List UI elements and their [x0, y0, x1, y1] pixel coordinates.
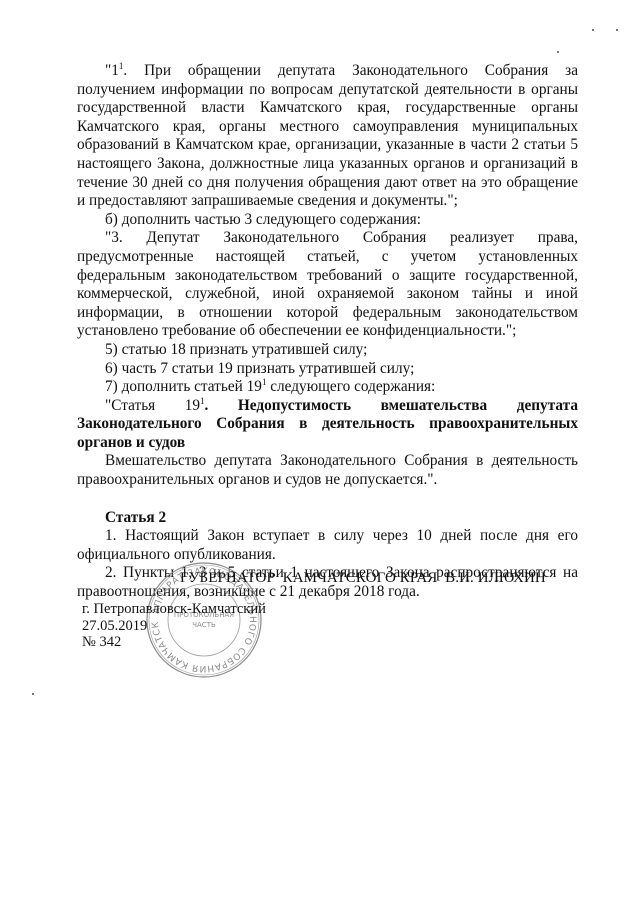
- article-2-item-1: 1. Настоящий Закон вступает в силу через…: [77, 527, 578, 564]
- paragraph-prefix: "Статья 19: [105, 397, 200, 414]
- article-19-1-body: Вмешательство депутата Законодательного …: [77, 452, 578, 489]
- scan-artifact: [616, 29, 618, 31]
- paragraph-text: следующего содержания:: [266, 378, 435, 395]
- scan-artifact: [32, 693, 34, 695]
- governor-signature: ГУБЕРНАТОР КАМЧАТСКОГО КРАЯ В.И. ИЛЮХИН: [180, 570, 546, 587]
- paragraph-item-5: 5) статью 18 признать утратившей силу;: [77, 341, 578, 360]
- paragraph-prefix: 7) дополнить статьей 19: [105, 378, 262, 395]
- article-2-heading: Статья 2: [77, 509, 578, 528]
- paragraph-b: б) дополнить частью 3 следующего содержа…: [77, 211, 578, 230]
- scan-artifact: [592, 29, 594, 31]
- paragraph-part-3: "3. Депутат Законодательного Собрания ре…: [77, 229, 578, 341]
- document-body: "11. При обращении депутата Законодатель…: [77, 62, 578, 602]
- paragraph-1-1: "11. При обращении депутата Законодатель…: [77, 62, 578, 211]
- article-19-1-title: "Статья 191. Недопустимость вмешательств…: [77, 397, 578, 453]
- paragraph-prefix: "1: [105, 62, 119, 79]
- scan-artifact: [557, 51, 559, 53]
- document-number: № 342: [82, 634, 266, 651]
- paragraph-item-7: 7) дополнить статьей 191 следующего соде…: [77, 378, 578, 397]
- date: 27.05.2019: [82, 618, 266, 635]
- paragraph-item-6: 6) часть 7 статьи 19 признать утратившей…: [77, 360, 578, 379]
- paragraph-text: .: [205, 397, 238, 414]
- document-page: "11. При обращении депутата Законодатель…: [0, 0, 640, 905]
- spacer: [77, 490, 578, 509]
- city: г. Петропавловск-Камчатский: [82, 601, 266, 618]
- document-footer: г. Петропавловск-Камчатский 27.05.2019 №…: [82, 601, 266, 651]
- paragraph-text: . При обращении депутата Законодательног…: [77, 62, 578, 209]
